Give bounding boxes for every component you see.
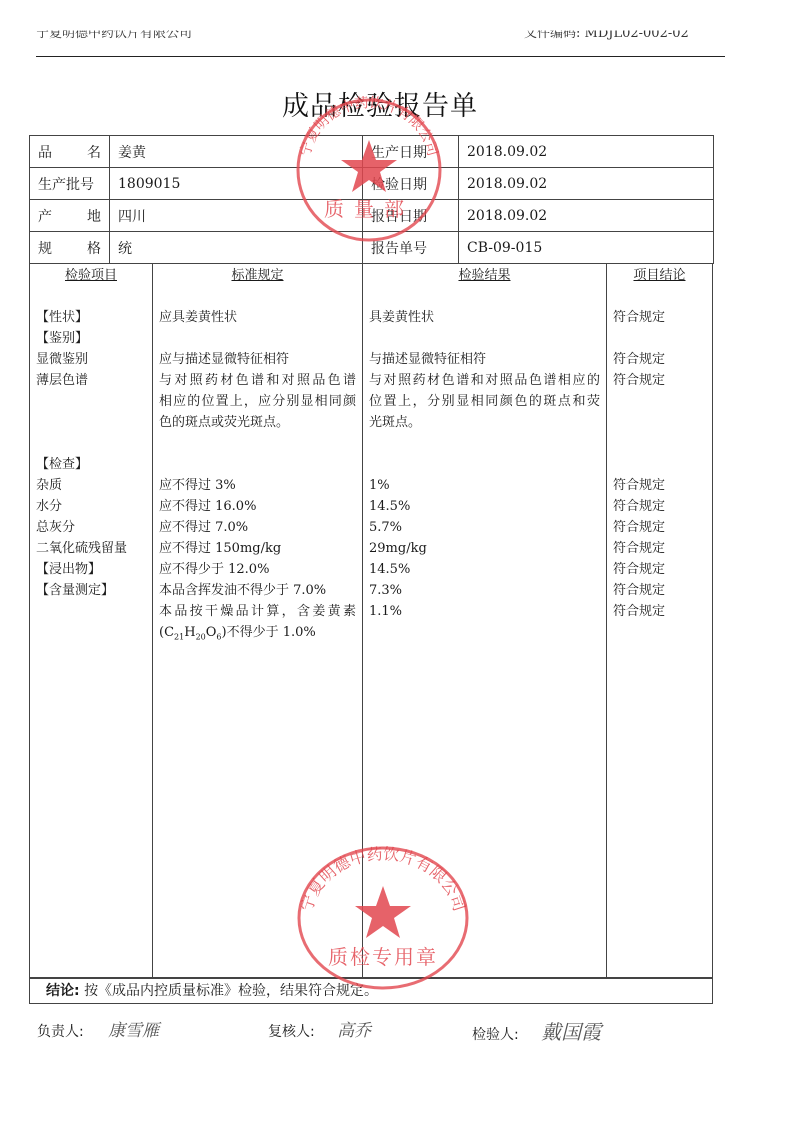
blank-line [369, 433, 606, 454]
inspector-label: 检验人: [472, 1027, 519, 1043]
item-conclusion: 符合规定 [613, 496, 712, 517]
item-conclusion: 符合规定 [613, 538, 712, 559]
report-number-value: CB-09-015 [459, 232, 714, 264]
blank-line [369, 454, 606, 475]
info-label: 检验日期 [363, 168, 459, 200]
standard-text: 应不得过 150mg/kg [159, 538, 362, 559]
blank-line [369, 286, 606, 307]
reviewer-label: 复核人: [268, 1024, 315, 1040]
product-name-value: 姜黄 [110, 136, 363, 168]
origin-value: 四川 [110, 200, 363, 232]
column-header-standard: 标准规定 [159, 265, 362, 286]
blank-line [159, 328, 362, 349]
conclusion-text: 按《成品内控质量标准》检验，结果符合规定。 [84, 983, 378, 999]
result-text: 与对照药材色谱和对照品色谱相应的 [369, 370, 606, 391]
result-text: 14.5% [369, 496, 606, 517]
test-item: 【检查】 [36, 454, 152, 475]
info-row: 生产批号 1809015 检验日期 2018.09.02 [30, 168, 714, 200]
blank-line [159, 286, 362, 307]
blank-line [369, 328, 606, 349]
test-item: 杂质 [36, 475, 152, 496]
info-label: 规格 [30, 232, 110, 264]
report-date-value: 2018.09.02 [459, 200, 714, 232]
page-title: 成品检验报告单 [0, 84, 760, 123]
standard-text: 应与描述显微特征相符 [159, 349, 362, 370]
info-label: 报告日期 [363, 200, 459, 232]
company-header: 宁夏明德中药饮片有限公司 [36, 22, 192, 41]
info-label: 品名 [30, 136, 110, 168]
test-item: 【浸出物】 [36, 559, 152, 580]
result-text: 位置上，分别显相同颜色的斑点和荧 [369, 391, 606, 412]
conclusion-row: 结论: 按《成品内控质量标准》检验，结果符合规定。 [29, 978, 713, 1004]
standard-text: 应不得过 3% [159, 475, 362, 496]
blank-line [613, 328, 712, 349]
info-label: 报告单号 [363, 232, 459, 264]
result-text: 具姜黄性状 [369, 307, 606, 328]
test-item: 水分 [36, 496, 152, 517]
test-item: 总灰分 [36, 517, 152, 538]
test-item: 【含量测定】 [36, 580, 152, 601]
blank-line [36, 391, 152, 412]
info-label: 生产批号 [30, 168, 110, 200]
standard-text: 本品按干燥品计算，含姜黄素 [159, 601, 362, 622]
blank-line [36, 412, 152, 433]
blank-line [613, 454, 712, 475]
item-conclusion: 符合规定 [613, 601, 712, 622]
inspector-signature: 检验人: 戴国霞 [472, 1016, 601, 1045]
standard-text: 相应的位置上，应分别显相同颜 [159, 391, 362, 412]
item-conclusion: 符合规定 [613, 349, 712, 370]
blank-line [613, 286, 712, 307]
reviewer-name: 高乔 [337, 1021, 371, 1041]
document-code: 文件编码: MDJL02-002-02 [524, 22, 689, 41]
result-text: 14.5% [369, 559, 606, 580]
test-item: 二氧化硫残留量 [36, 538, 152, 559]
blank-line [159, 454, 362, 475]
responsible-name: 康雪雁 [108, 1021, 159, 1041]
info-label: 产地 [30, 200, 110, 232]
standard-text: 色的斑点或荧光斑点。 [159, 412, 362, 433]
responsible-label: 负责人: [37, 1024, 84, 1040]
test-item: 【性状】 [36, 307, 152, 328]
specification-value: 统 [110, 232, 363, 264]
item-conclusion: 符合规定 [613, 559, 712, 580]
column-items: 检验项目 【性状】【鉴别】显微鉴别薄层色谱【检查】杂质水分总灰分二氧化硫残留量【… [30, 264, 153, 977]
result-text: 光斑点。 [369, 412, 606, 433]
responsible-signature: 负责人: 康雪雁 [37, 1016, 159, 1041]
column-standards: 标准规定 应具姜黄性状应与描述显微特征相符与对照药材色谱和对照品色谱相应的位置上… [153, 264, 363, 977]
item-conclusion: 符合规定 [613, 370, 712, 391]
info-label: 生产日期 [363, 136, 459, 168]
standard-text: 与对照药材色谱和对照品色谱 [159, 370, 362, 391]
production-date-value: 2018.09.02 [459, 136, 714, 168]
item-conclusion: 符合规定 [613, 307, 712, 328]
column-header-result: 检验结果 [369, 265, 606, 286]
result-text: 1% [369, 475, 606, 496]
test-item: 【鉴别】 [36, 328, 152, 349]
result-text: 1.1% [369, 601, 606, 622]
reviewer-signature: 复核人: 高乔 [268, 1016, 371, 1041]
blank-line [36, 286, 152, 307]
product-info-table: 品名 姜黄 生产日期 2018.09.02 生产批号 1809015 检验日期 … [29, 135, 714, 264]
info-row: 规格 统 报告单号 CB-09-015 [30, 232, 714, 264]
column-header-item: 检验项目 [36, 265, 152, 286]
column-conclusions: 项目结论 符合规定符合规定符合规定符合规定符合规定符合规定符合规定符合规定符合规… [607, 264, 712, 977]
column-header-conclusion: 项目结论 [613, 265, 712, 286]
conclusion-label: 结论: [46, 983, 80, 999]
test-item: 显微鉴别 [36, 349, 152, 370]
inspection-date-value: 2018.09.02 [459, 168, 714, 200]
result-text: 5.7% [369, 517, 606, 538]
result-text: 7.3% [369, 580, 606, 601]
blank-line [613, 433, 712, 454]
standard-text: 本品含挥发油不得少于 7.0% [159, 580, 362, 601]
result-text: 29mg/kg [369, 538, 606, 559]
standard-text: (C21H20O6)不得少于 1.0% [159, 622, 362, 643]
column-results: 检验结果 具姜黄性状与描述显微特征相符与对照药材色谱和对照品色谱相应的位置上，分… [363, 264, 607, 977]
inspector-name: 戴国霞 [541, 1020, 601, 1044]
standard-text: 应不得过 7.0% [159, 517, 362, 538]
standard-text: 应不得过 16.0% [159, 496, 362, 517]
item-conclusion: 符合规定 [613, 475, 712, 496]
info-row: 品名 姜黄 生产日期 2018.09.02 [30, 136, 714, 168]
header-divider [36, 56, 725, 57]
result-text: 与描述显微特征相符 [369, 349, 606, 370]
blank-line [36, 433, 152, 454]
blank-line [613, 412, 712, 433]
test-item: 薄层色谱 [36, 370, 152, 391]
standard-text: 应具姜黄性状 [159, 307, 362, 328]
blank-line [613, 391, 712, 412]
results-table: 检验项目 【性状】【鉴别】显微鉴别薄层色谱【检查】杂质水分总灰分二氧化硫残留量【… [29, 264, 713, 978]
batch-number-value: 1809015 [110, 168, 363, 200]
item-conclusion: 符合规定 [613, 580, 712, 601]
info-row: 产地 四川 报告日期 2018.09.02 [30, 200, 714, 232]
blank-line [159, 433, 362, 454]
item-conclusion: 符合规定 [613, 517, 712, 538]
standard-text: 应不得少于 12.0% [159, 559, 362, 580]
